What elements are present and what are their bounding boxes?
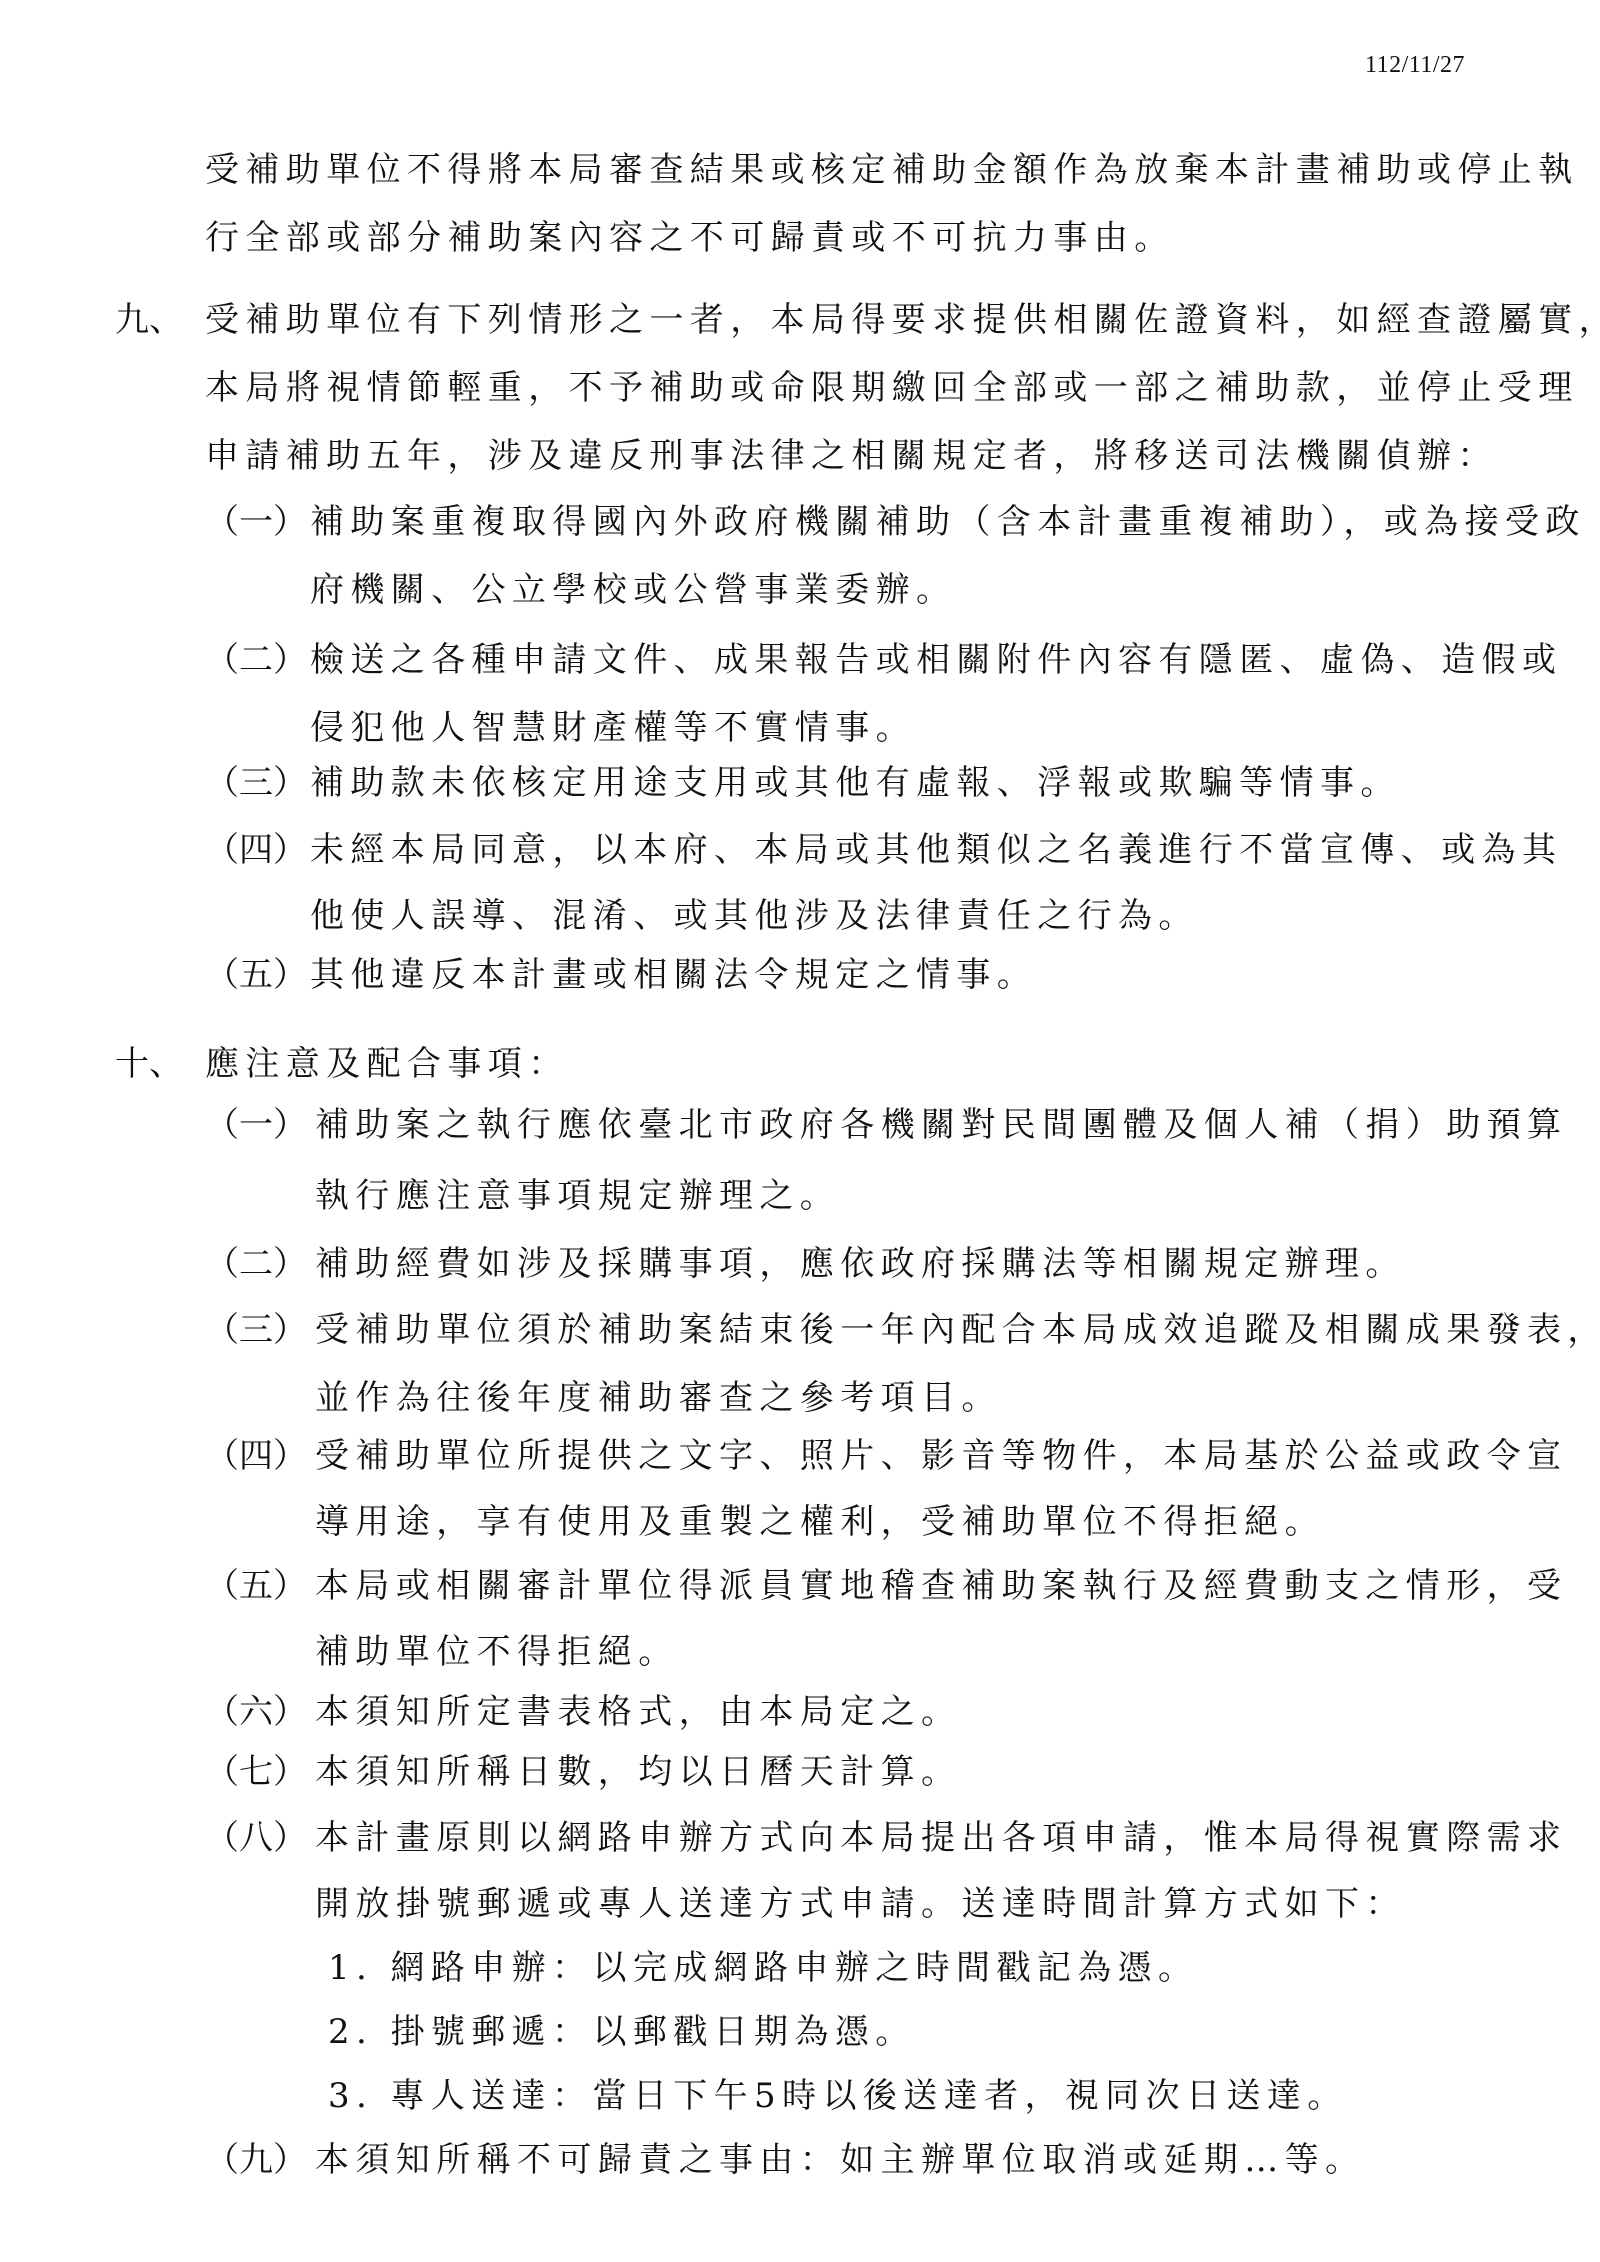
section-9-item-5-line-1: 其他違反本計畫或相關法令規定之情事。	[310, 955, 1037, 995]
section-9-item-2-line-1: 檢送之各種申請文件、成果報告或相關附件內容有隱匿、虛偽、造假或	[310, 640, 1562, 680]
continuation-line-1: 受補助單位不得將本局審查結果或核定補助金額作為放棄本計畫補助或停止執	[205, 150, 1579, 190]
section-9-item-3-label: （三）	[205, 763, 307, 803]
section-10-item-7-label: （七）	[205, 1752, 307, 1792]
section-10-item-1-line-1: 補助案之執行應依臺北市政府各機關對民間團體及個人補（捐）助預算	[315, 1105, 1567, 1145]
section-10-item-8-line-2: 開放掛號郵遞或專人送達方式申請。送達時間計算方式如下：	[315, 1884, 1406, 1924]
section-10-item-9-label: （九）	[205, 2140, 307, 2180]
section-10-item-8-subitem-2: 2. 掛號郵遞：以郵戳日期為憑。	[328, 2012, 916, 2052]
section-10-item-1-label: （一）	[205, 1105, 307, 1145]
continuation-line-2: 行全部或部分補助案內容之不可歸責或不可抗力事由。	[205, 218, 1175, 258]
section-9-item-1-line-1: 補助案重複取得國內外政府機關補助（含本計畫重複補助），或為接受政	[310, 502, 1586, 542]
section-9-item-3-line-1: 補助款未依核定用途支用或其他有虛報、浮報或欺騙等情事。	[310, 763, 1401, 803]
section-10-item-1-line-2: 執行應注意事項規定辦理之。	[315, 1176, 840, 1216]
section-10-item-2-line-1: 補助經費如涉及採購事項，應依政府採購法等相關規定辦理。	[315, 1244, 1406, 1284]
section-10-item-3-label: （三）	[205, 1310, 307, 1350]
section-9-line-2: 本局將視情節輕重，不予補助或命限期繳回全部或一部之補助款，並停止受理	[205, 368, 1579, 408]
section-10-marker: 十、	[115, 1044, 183, 1084]
section-10-item-9-line-1: 本須知所稱不可歸責之事由：如主辦單位取消或延期…等。	[315, 2140, 1365, 2180]
section-9-item-1-line-2: 府機關、公立學校或公營事業委辦。	[310, 570, 956, 610]
section-9-marker: 九、	[115, 300, 183, 340]
section-10-item-4-line-2: 導用途，享有使用及重製之權利，受補助單位不得拒絕。	[315, 1502, 1325, 1542]
section-9-line-1: 受補助單位有下列情形之一者，本局得要求提供相關佐證資料，如經查證屬實，	[205, 300, 1600, 340]
section-10-item-8-label: （八）	[205, 1818, 307, 1858]
document-date: 112/11/27	[1365, 52, 1465, 79]
section-10-item-5-line-2: 補助單位不得拒絕。	[315, 1632, 679, 1672]
section-9-item-4-line-1: 未經本局同意，以本府、本局或其他類似之名義進行不當宣傳、或為其	[310, 830, 1562, 870]
section-10-item-4-line-1: 受補助單位所提供之文字、照片、影音等物件，本局基於公益或政令宣	[315, 1436, 1567, 1476]
section-10-item-3-line-1: 受補助單位須於補助案結束後一年內配合本局成效追蹤及相關成果發表，	[315, 1310, 1600, 1350]
section-9-item-4-line-2: 他使人誤導、混淆、或其他涉及法律責任之行為。	[310, 896, 1199, 936]
section-10-item-8-subitem-1: 1. 網路申辦：以完成網路申辦之時間戳記為憑。	[328, 1948, 1198, 1988]
section-10-item-8-subitem-3: 3. 專人送達：當日下午5時以後送達者，視同次日送達。	[328, 2076, 1348, 2116]
section-10-item-6-line-1: 本須知所定書表格式，由本局定之。	[315, 1692, 961, 1732]
section-9-item-4-label: （四）	[205, 830, 307, 870]
section-9-item-1-label: （一）	[205, 502, 307, 542]
section-10-item-5-label: （五）	[205, 1566, 307, 1606]
section-10-item-8-line-1: 本計畫原則以網路申辦方式向本局提出各項申請，惟本局得視實際需求	[315, 1818, 1567, 1858]
section-9-item-2-line-2: 侵犯他人智慧財產權等不實情事。	[310, 708, 916, 748]
section-9-item-5-label: （五）	[205, 955, 307, 995]
section-10-item-3-line-2: 並作為往後年度補助審查之參考項目。	[315, 1378, 1002, 1418]
section-10-title: 應注意及配合事項：	[205, 1044, 569, 1084]
section-10-item-4-label: （四）	[205, 1436, 307, 1476]
section-10-item-7-line-1: 本須知所稱日數，均以日曆天計算。	[315, 1752, 961, 1792]
section-9-line-3: 申請補助五年，涉及違反刑事法律之相關規定者，將移送司法機關偵辦：	[205, 436, 1498, 476]
section-10-item-6-label: （六）	[205, 1692, 307, 1732]
section-10-item-2-label: （二）	[205, 1244, 307, 1284]
section-9-item-2-label: （二）	[205, 640, 307, 680]
section-10-item-5-line-1: 本局或相關審計單位得派員實地稽查補助案執行及經費動支之情形，受	[315, 1566, 1567, 1606]
